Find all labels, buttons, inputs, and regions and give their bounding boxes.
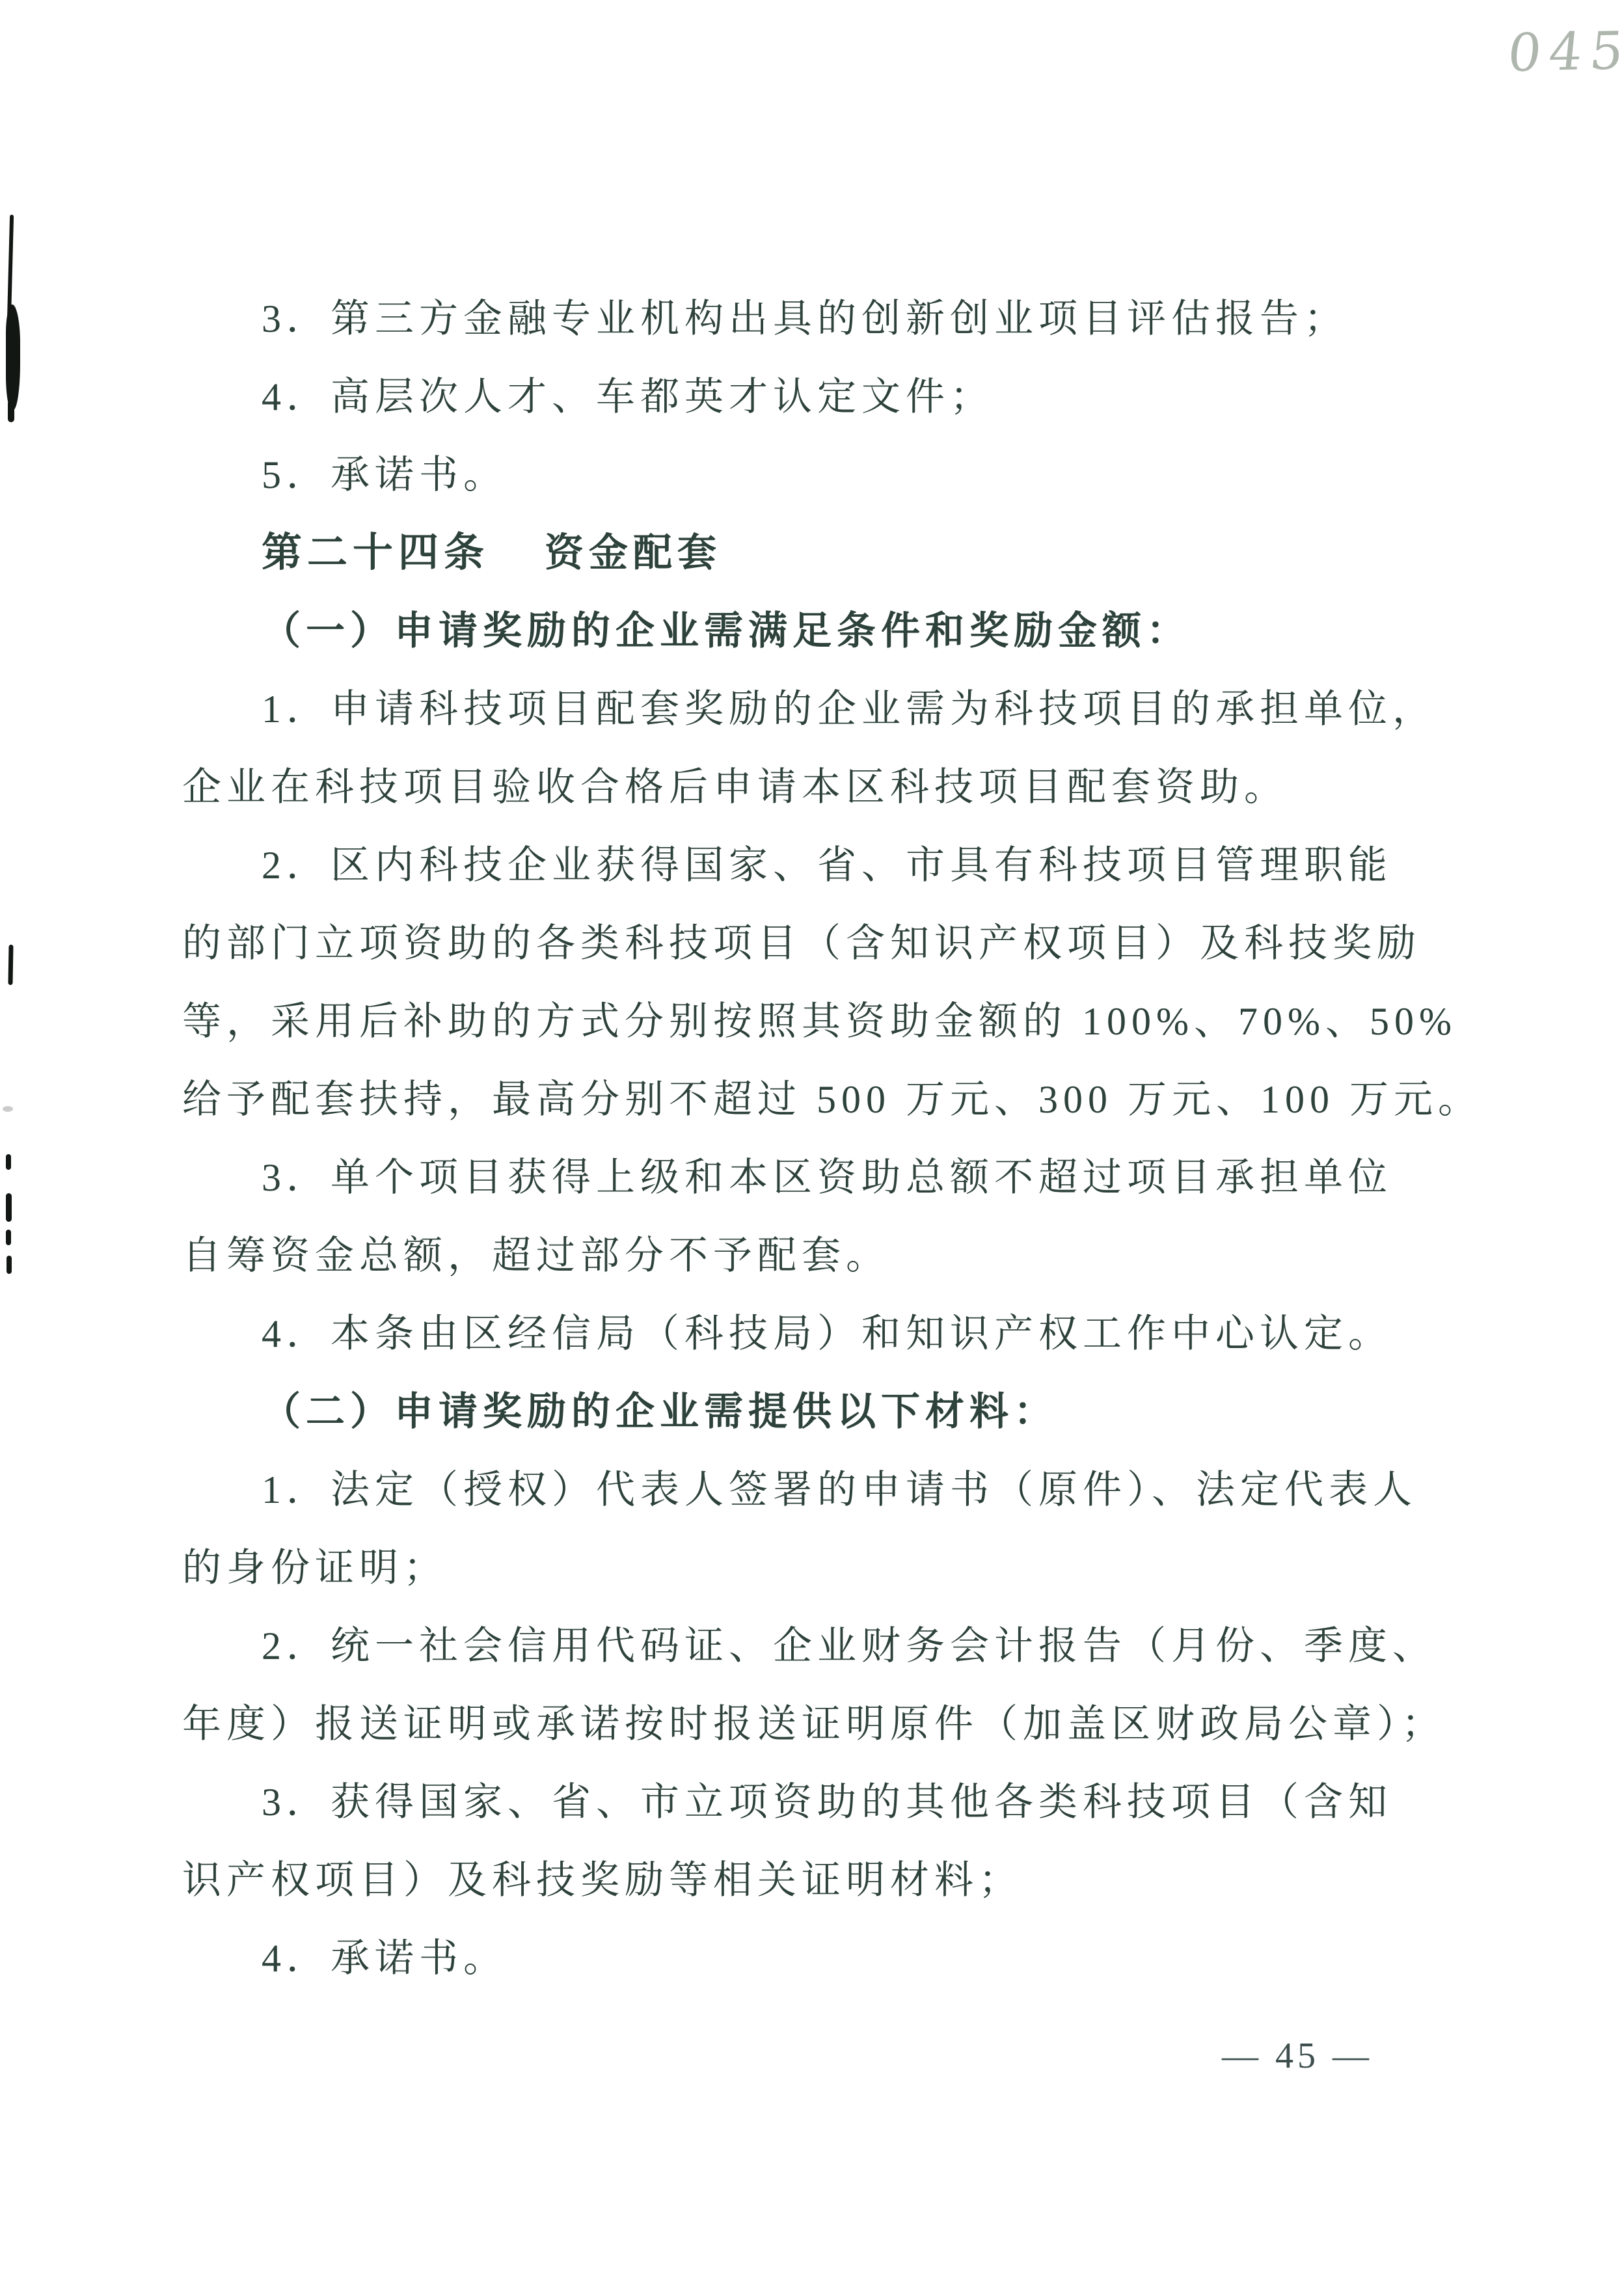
article-heading: 第二十四条 资金配套	[182, 514, 1431, 592]
text-line: 企业在科技项目验收合格后申请本区科技项目配套资助。	[182, 748, 1431, 826]
text-line: 2．区内科技企业获得国家、省、市具有科技项目管理职能	[182, 826, 1431, 904]
scan-artifact-left-edge	[7, 1256, 12, 1274]
text-line: 的身份证明；	[182, 1529, 1431, 1607]
document-page: 045 3．第三方金融专业机构出具的创新创业项目评估报告； 4．高层次人才、车都…	[0, 0, 1624, 2281]
text-line: 4．承诺书。	[182, 1919, 1431, 1997]
scan-artifact-left-edge	[8, 400, 14, 422]
scan-artifact-left-edge	[6, 1193, 12, 1222]
scan-artifact-left-edge	[8, 945, 13, 985]
text-line: 3．第三方金融专业机构出具的创新创业项目评估报告；	[182, 280, 1431, 358]
text-line: 4．本条由区经信局（科技局）和知识产权工作中心认定。	[182, 1295, 1431, 1373]
text-line: 年度）报送证明或承诺按时报送证明原件（加盖区财政局公章）；	[182, 1685, 1431, 1763]
article-number: 第二十四条	[262, 530, 489, 575]
text-line: 2．统一社会信用代码证、企业财务会计报告（月份、季度、	[182, 1607, 1431, 1685]
text-line: 的部门立项资助的各类科技项目（含知识产权项目）及科技奖励	[182, 904, 1431, 982]
document-body: 3．第三方金融专业机构出具的创新创业项目评估报告； 4．高层次人才、车都英才认定…	[182, 280, 1431, 1997]
scan-artifact-left-edge	[6, 304, 20, 410]
section-heading: （一）申请奖励的企业需满足条件和奖励金额：	[182, 592, 1431, 670]
text-line: 识产权项目）及科技奖励等相关证明材料；	[182, 1841, 1431, 1919]
scan-artifact-left-edge	[3, 1106, 13, 1112]
text-line: 3．获得国家、省、市立项资助的其他各类科技项目（含知	[182, 1763, 1431, 1841]
section-heading: （二）申请奖励的企业需提供以下材料：	[182, 1373, 1431, 1451]
text-line: 3．单个项目获得上级和本区资助总额不超过项目承担单位	[182, 1139, 1431, 1217]
text-line: 给予配套扶持，最高分别不超过 500 万元、300 万元、100 万元。	[182, 1060, 1431, 1139]
page-stamp: 045	[1506, 25, 1624, 79]
text-line: 1．法定（授权）代表人签署的申请书（原件）、法定代表人	[182, 1451, 1431, 1529]
text-line: 4．高层次人才、车都英才认定文件；	[182, 358, 1431, 436]
text-line: 自筹资金总额，超过部分不予配套。	[182, 1217, 1431, 1295]
text-line: 5．承诺书。	[182, 436, 1431, 514]
scan-artifact-left-edge	[6, 1230, 11, 1245]
page-number: — 45 —	[1222, 2035, 1373, 2077]
scan-artifact-left-edge	[6, 1154, 11, 1170]
article-title: 资金配套	[545, 532, 722, 574]
text-line: 1．申请科技项目配套奖励的企业需为科技项目的承担单位，	[182, 670, 1431, 748]
text-line: 等，采用后补助的方式分别按照其资助金额的 100%、70%、50%	[182, 982, 1431, 1060]
